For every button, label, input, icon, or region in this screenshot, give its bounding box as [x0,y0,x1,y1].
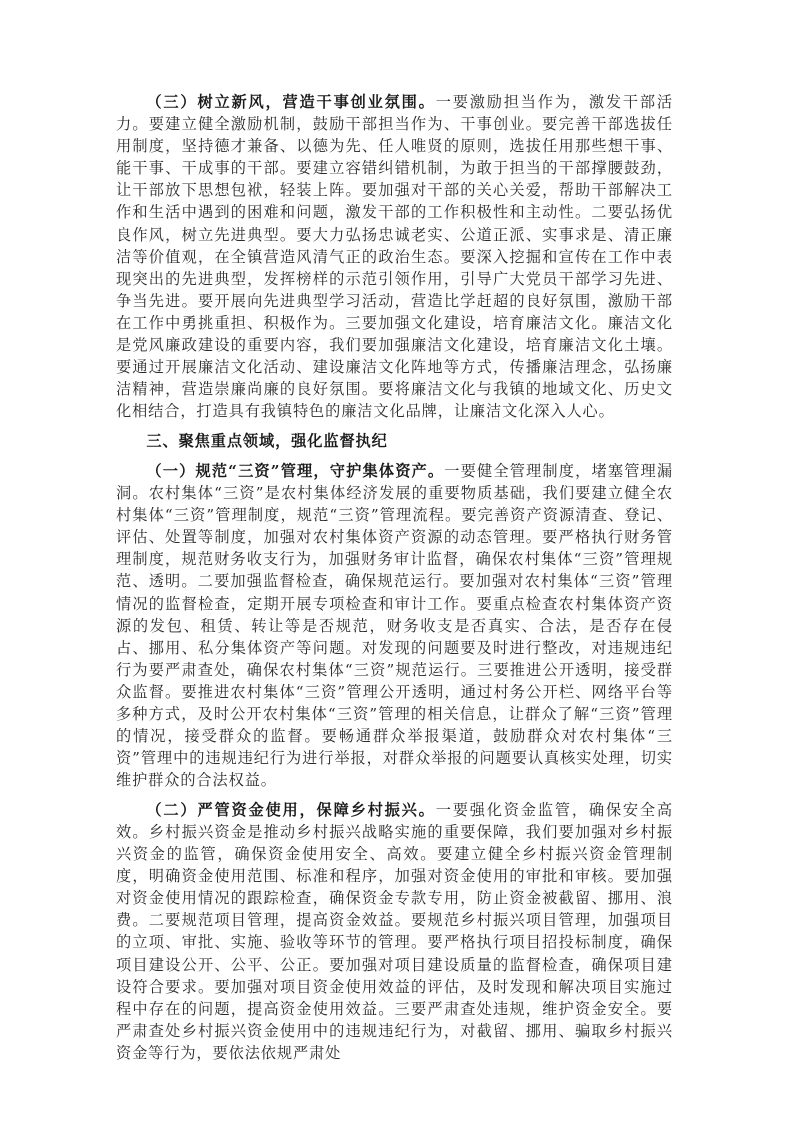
paragraph-lead: （三）树立新风，营造干事创业氛围。 [146,93,435,111]
document-page: （三）树立新风，营造干事创业氛围。一要激励担当作为，激发干部活力。要建立健全激励… [116,91,673,1072]
paragraph-body: 一要激励担当作为，激发干部活力。要建立健全激励机制，鼓励干部担当作为、干事创业。… [116,93,673,420]
paragraph-lead: （二）严管资金使用，保障乡村振兴。 [146,801,435,819]
paragraph-body: 一要健全管理制度，堵塞管理漏洞。农村集体“三资”是农村集体经济发展的重要物质基础… [116,462,673,789]
paragraph-three-assets: （一）规范“三资”管理，守护集体资产。一要健全管理制度，堵塞管理漏洞。农村集体“… [116,460,673,791]
paragraph-body: 一要强化资金监管，确保安全高效。乡村振兴资金是推动乡村振兴战略实施的重要保障，我… [116,801,673,1062]
paragraph-lead: （一）规范“三资”管理，守护集体资产。 [146,462,444,480]
paragraph-fund-use: （二）严管资金使用，保障乡村振兴。一要强化资金监管，确保安全高效。乡村振兴资金是… [116,799,673,1064]
paragraph-establish-new-style: （三）树立新风，营造干事创业氛围。一要激励担当作为，激发干部活力。要建立健全激励… [116,91,673,422]
section-heading: 三、聚焦重点领域，强化监督执纪 [116,430,673,452]
